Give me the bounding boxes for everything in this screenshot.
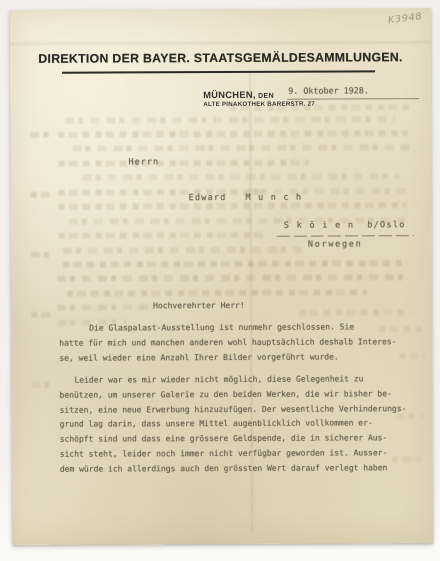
letterhead-underline — [62, 70, 375, 74]
paragraph-line: sitzen, eine neue Erwerbung hinzuzufügen… — [60, 402, 407, 418]
bleed-through-line — [57, 304, 153, 310]
bleed-through-line — [59, 202, 407, 210]
den-label: DEN — [256, 93, 274, 100]
paper-crease-horizontal — [10, 41, 431, 45]
recipient-country: Norwegen — [308, 239, 363, 249]
recipient-place: S k ö i e n b/Oslo — [284, 220, 406, 231]
letterhead-address: ALTE PINAKOTHEK BARERSTR. 27 — [203, 101, 315, 108]
paragraph-2: Leider war es mir wieder nicht möglich, … — [59, 372, 406, 477]
bleed-through-line — [399, 353, 425, 359]
bleed-through-line — [31, 382, 49, 388]
paragraph-1: Die Glaspalast-Ausstellung ist nunmehr g… — [59, 320, 396, 366]
letterhead-title: DIREKTION DER BAYER. STAATSGEMÄLDESAMMLU… — [10, 50, 431, 66]
bleed-through-line — [30, 132, 52, 138]
bleed-through-line — [31, 252, 51, 258]
paragraph-line: grund lag darin, dass unsere Mittel auge… — [60, 417, 407, 433]
bleed-through-line — [65, 116, 395, 123]
paragraph-line: dem würde ich allerdings auch den grösst… — [60, 461, 407, 477]
bleed-through-line — [58, 130, 408, 138]
pencil-inventory-mark: K3948 — [388, 11, 424, 26]
bleed-through-line — [59, 232, 265, 239]
bleed-through-line — [31, 312, 53, 318]
recipient-name: Edward M u n c h — [189, 193, 303, 203]
recipient-place-underline — [277, 235, 414, 237]
bleed-through-line — [58, 160, 308, 167]
paragraph-line: benützen, um unserer Galerie zu den beid… — [59, 387, 406, 403]
bleed-through-line — [31, 192, 55, 198]
bleed-through-line — [57, 274, 407, 282]
paragraph-line: sicht steht, leider noch immer nicht ver… — [60, 446, 407, 462]
salutation: Hochverehrter Herr! — [153, 301, 245, 310]
recipient-title: Herrn — [128, 157, 159, 167]
bleed-through-line — [67, 289, 367, 296]
paragraph-line: hatte für mich und manchen anderen wohl … — [59, 335, 396, 351]
bleed-through-line — [83, 173, 401, 180]
bleed-through-line — [72, 144, 410, 151]
bleed-through-line — [63, 247, 305, 254]
bleed-through-line — [299, 309, 411, 315]
date-underline — [287, 98, 419, 100]
bleed-through-line — [63, 260, 407, 268]
letter-page: K3948 DIREKTION DER BAYER. STAATSGEMÄLDE… — [10, 8, 433, 545]
city-label: MÜNCHEN, — [203, 90, 256, 100]
typed-date: 9. Oktober 1928. — [288, 85, 369, 95]
paragraph-line: Die Glaspalast-Ausstellung ist nunmehr g… — [59, 320, 396, 336]
paragraph-line: se, weil wieder eine Anzahl Ihrer Bilder… — [59, 350, 396, 366]
paragraph-line: schöpft sind und dass eine grössere Geld… — [60, 431, 407, 447]
bleed-through-layer — [10, 8, 431, 10]
paragraph-line: Leider war es mir wieder nicht möglich, … — [59, 372, 406, 388]
